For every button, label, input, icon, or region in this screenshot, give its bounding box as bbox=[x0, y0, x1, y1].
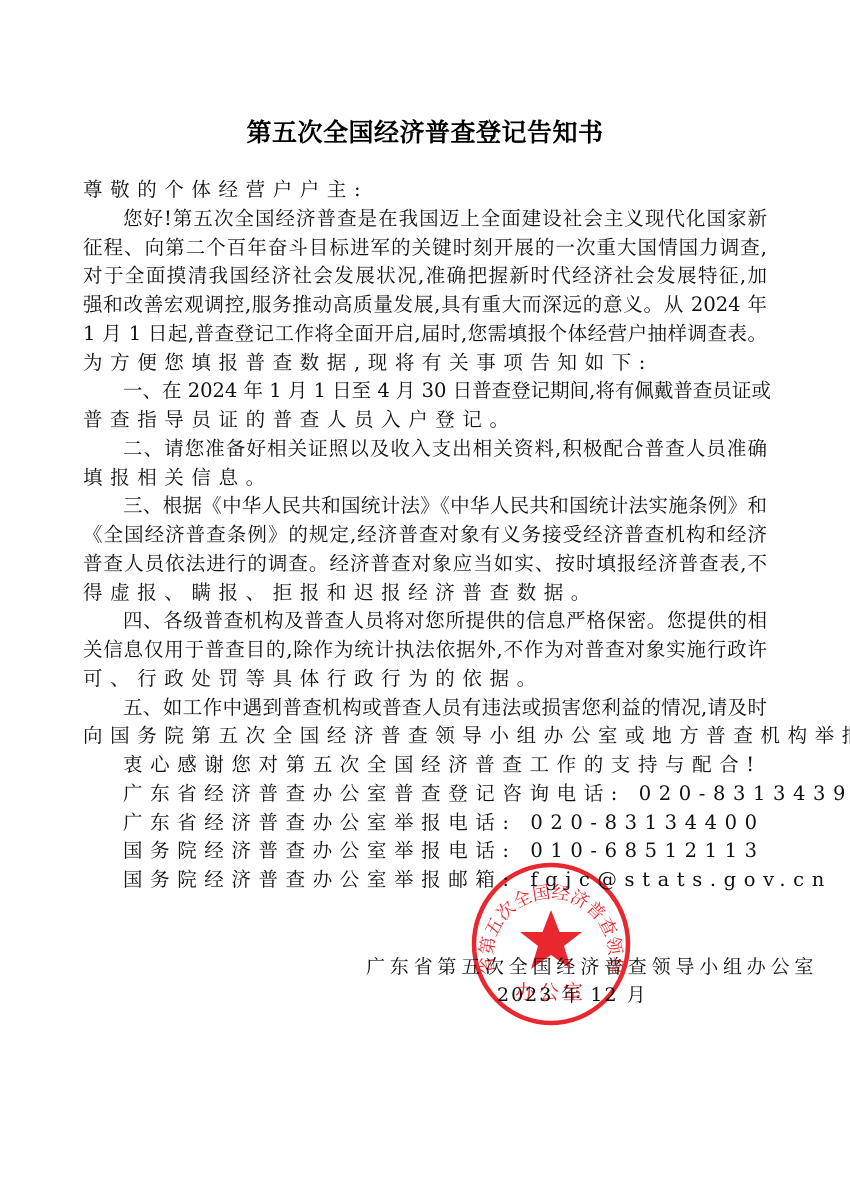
item-three-line: 得虚报、瞒报、拒报和迟报经济普查数据。 bbox=[83, 579, 773, 608]
document-page: 第五次全国经济普查登记告知书 尊敬的个体经营户户主: 您好!第五次全国经济普查是… bbox=[0, 0, 850, 1202]
item-four-line: 可、行政处罚等具体行政行为的依据。 bbox=[83, 665, 773, 694]
paragraph-line: 为方便您填报普查数据,现将有关事项告知如下: bbox=[83, 349, 773, 378]
item-four-line: 关信息仅用于普查目的,除作为统计执法依据外,不作为对普查对象实施行政许 bbox=[83, 636, 767, 665]
paragraph-line: 1 月 1 日起,普查登记工作将全面开启,届时,您需填报个体经营户抽样调查表。 bbox=[83, 320, 767, 349]
item-five-line: 向国务院第五次全国经济普查领导小组办公室或地方普查机构举报。 bbox=[83, 722, 773, 751]
paragraph-line: 征程、向第二个百年奋斗目标进军的关键时刻开展的一次重大国情国力调查, bbox=[83, 234, 767, 263]
item-one-line: 一、在 2024 年 1 月 1 日至 4 月 30 日普查登记期间,将有佩戴普… bbox=[83, 377, 767, 406]
seal-bottom-text: 办公室 bbox=[515, 980, 587, 1004]
item-three-line: 《全国经济普查条例》的规定,经济普查对象有义务接受经济普查机构和经济 bbox=[83, 521, 767, 550]
item-two-line: 填报相关信息。 bbox=[83, 464, 773, 493]
contact-consult-phone: 广东省经济普查办公室普查登记咨询电话: 020-83134395 bbox=[83, 780, 773, 809]
item-four-line: 四、各级普查机构及普查人员将对您所提供的信息严格保密。您提供的相 bbox=[83, 607, 767, 636]
item-three-line: 普查人员依法进行的调查。经济普查对象应当如实、按时填报经济普查表,不 bbox=[83, 550, 767, 579]
official-seal-icon: 广东省第五次全国经济普查领导小组 办公室 bbox=[470, 862, 632, 1026]
item-one-line: 普查指导员证的普查人员入户登记。 bbox=[83, 406, 773, 435]
document-body: 尊敬的个体经营户户主: 您好!第五次全国经济普查是在我国迈上全面建设社会主义现代… bbox=[83, 176, 773, 895]
thanks-line: 衷心感谢您对第五次全国经济普查工作的支持与配合! bbox=[83, 751, 773, 780]
star-icon bbox=[520, 910, 582, 969]
contact-state-report-email: 国务院经济普查办公室举报邮箱: fgjc@stats.gov.cn bbox=[83, 866, 773, 895]
paragraph-line: 强和改善宏观调控,服务推动高质量发展,具有重大而深远的意义。从 2024 年 bbox=[83, 291, 767, 320]
paragraph-line: 对于全面摸清我国经济社会发展状况,准确把握新时代经济社会发展特征,加 bbox=[83, 262, 767, 291]
paragraph-line: 您好!第五次全国经济普查是在我国迈上全面建设社会主义现代化国家新 bbox=[83, 205, 767, 234]
item-three-line: 三、根据《中华人民共和国统计法》《中华人民共和国统计法实施条例》和 bbox=[83, 492, 767, 521]
item-two-line: 二、请您准备好相关证照以及收入支出相关资料,积极配合普查人员准确 bbox=[83, 435, 767, 464]
item-five-line: 五、如工作中遇到普查机构或普查人员有违法或损害您利益的情况,请及时 bbox=[83, 694, 767, 723]
salutation: 尊敬的个体经营户户主: bbox=[83, 176, 773, 205]
document-title: 第五次全国经济普查登记告知书 bbox=[0, 116, 850, 150]
contact-state-report-phone: 国务院经济普查办公室举报电话: 010-68512113 bbox=[83, 837, 773, 866]
contact-gd-report-phone: 广东省经济普查办公室举报电话: 020-83134400 bbox=[83, 809, 773, 838]
